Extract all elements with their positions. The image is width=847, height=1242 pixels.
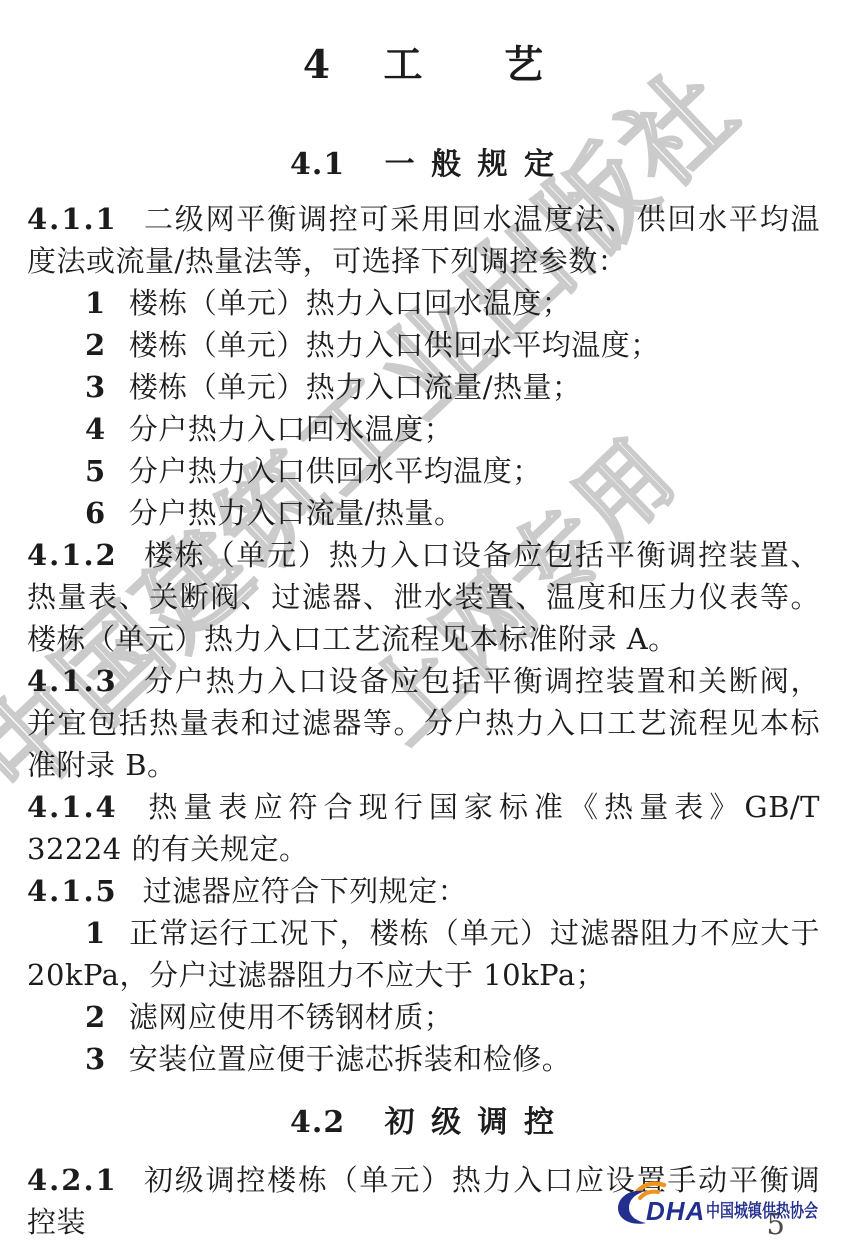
item-number: 2 — [85, 328, 106, 362]
section-title: 初 级 调 控 — [385, 1105, 557, 1140]
param-item-1: 1楼栋（单元）热力入口回水温度； — [27, 282, 820, 324]
chapter-title-char-1: 工 — [384, 42, 424, 88]
item-text: 分户热力入口回水温度； — [129, 412, 454, 446]
clause-text: 楼栋（单元）热力入口设备应包括平衡调控装置、热量表、关断阀、过滤器、泄水装置、温… — [27, 538, 820, 656]
item-text: 正常运行工况下，楼栋（单元）过滤器阻力不应大于 20kPa，分户过滤器阻力不应大… — [27, 916, 820, 992]
clause-4-1-4: 4.1.4热量表应符合现行国家标准《热量表》GB/T 32224 的有关规定。 — [27, 786, 820, 870]
item-number: 3 — [85, 1042, 106, 1076]
item-number: 4 — [85, 412, 106, 446]
item-number: 6 — [85, 496, 106, 530]
item-text: 分户热力入口供回水平均温度； — [129, 454, 542, 488]
clause-text: 热量表应符合现行国家标准《热量表》GB/T 32224 的有关规定。 — [27, 790, 820, 866]
item-number: 1 — [85, 916, 106, 950]
clause-text: 二级网平衡调控可采用回水温度法、供回水平均温度法或流量/热量法等，可选择下列调控… — [27, 202, 820, 278]
item-number: 3 — [85, 370, 106, 404]
section-number: 4.2 — [290, 1105, 345, 1140]
filter-rule-2: 2滤网应使用不锈钢材质； — [27, 996, 820, 1038]
chapter-title-char-2: 艺 — [504, 42, 544, 88]
filter-rule-1: 1正常运行工况下，楼栋（单元）过滤器阻力不应大于 20kPa，分户过滤器阻力不应… — [27, 912, 820, 996]
item-text: 楼栋（单元）热力入口供回水平均温度； — [129, 328, 660, 362]
filter-rule-3: 3安装位置应便于滤芯拆装和检修。 — [27, 1038, 820, 1080]
clause-number: 4.1.5 — [27, 874, 118, 908]
clause-text: 分户热力入口设备应包括平衡调控装置和关断阀，并宜包括热量表和过滤器等。分户热力入… — [27, 664, 820, 782]
section-heading-4-1: 4.1 一 般 规 定 — [27, 139, 820, 183]
section-heading-4-2: 4.2 初 级 调 控 — [27, 1097, 820, 1141]
item-number: 2 — [85, 1000, 106, 1034]
chapter-heading: 4 工 艺 — [27, 0, 820, 90]
section-number: 4.1 — [290, 147, 345, 182]
item-number: 5 — [85, 454, 106, 488]
cdha-logo: DHA 中国城镇供热协会 — [610, 1181, 822, 1233]
chapter-number: 4 — [303, 42, 331, 88]
clause-number: 4.2.1 — [27, 1163, 118, 1197]
clause-4-1-5: 4.1.5过滤器应符合下列规定： — [27, 870, 820, 912]
item-text: 滤网应使用不锈钢材质； — [129, 1000, 454, 1034]
clause-4-1-1: 4.1.1二级网平衡调控可采用回水温度法、供回水平均温度法或流量/热量法等，可选… — [27, 198, 820, 282]
item-text: 分户热力入口流量/热量。 — [129, 496, 464, 530]
clause-number: 4.1.3 — [27, 664, 118, 698]
param-item-6: 6分户热力入口流量/热量。 — [27, 492, 820, 534]
logo-acronym-text: DHA — [646, 1196, 705, 1226]
cdha-logo-graphic: DHA 中国城镇供热协会 — [610, 1181, 822, 1229]
section-title: 一 般 规 定 — [385, 147, 557, 182]
item-number: 1 — [85, 286, 106, 320]
clause-number: 4.1.4 — [27, 790, 118, 824]
param-item-4: 4分户热力入口回水温度； — [27, 408, 820, 450]
param-item-3: 3楼栋（单元）热力入口流量/热量； — [27, 366, 820, 408]
param-item-5: 5分户热力入口供回水平均温度； — [27, 450, 820, 492]
clause-number: 4.1.1 — [27, 202, 118, 236]
document-page: 中国建筑工业出版社 上网专用 4 工 艺 4.1 一 般 规 定 4.1.1二级… — [0, 0, 847, 1242]
clause-number: 4.1.2 — [27, 538, 118, 572]
clause-4-1-2: 4.1.2楼栋（单元）热力入口设备应包括平衡调控装置、热量表、关断阀、过滤器、泄… — [27, 534, 820, 660]
item-text: 安装位置应便于滤芯拆装和检修。 — [129, 1042, 572, 1076]
param-item-2: 2楼栋（单元）热力入口供回水平均温度； — [27, 324, 820, 366]
item-text: 楼栋（单元）热力入口回水温度； — [129, 286, 572, 320]
clause-text: 过滤器应符合下列规定： — [143, 874, 468, 908]
clause-4-1-3: 4.1.3分户热力入口设备应包括平衡调控装置和关断阀，并宜包括热量表和过滤器等。… — [27, 660, 820, 786]
item-text: 楼栋（单元）热力入口流量/热量； — [129, 370, 582, 404]
logo-org-text: 中国城镇供热协会 — [706, 1200, 818, 1221]
